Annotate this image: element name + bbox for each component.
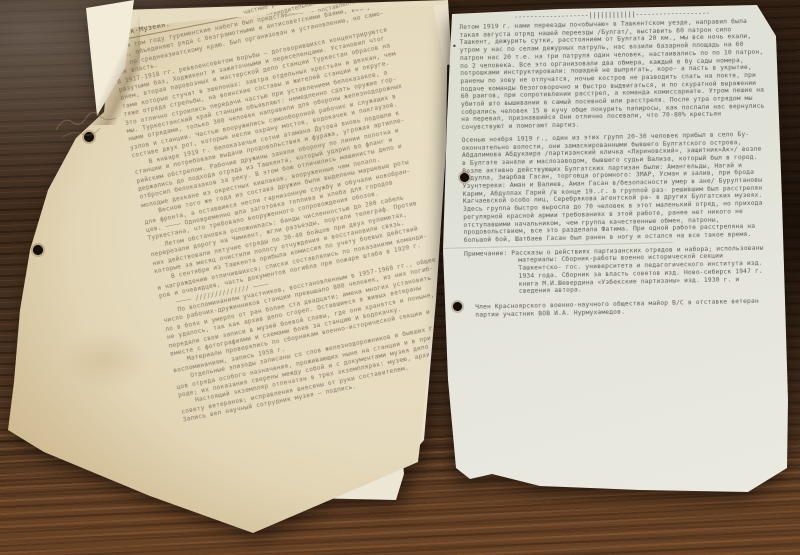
- margin-mark: •: [452, 42, 457, 51]
- right-page-paragraph-1: Летом 1919 г. нами переезды по«обычаю» в…: [459, 18, 767, 132]
- right-page-note: Примечание: Рассказы о действиях партиза…: [464, 244, 771, 297]
- right-page-text: -------------------||||||||||||---------…: [459, 8, 771, 320]
- right-page-paragraph-2: Осенью ноября 1919 г., один из этих груп…: [462, 130, 770, 244]
- right-document-stack: -------------------||||||||||||---------…: [0, 0, 800, 555]
- punch-hole: [453, 302, 462, 311]
- photo-of-documents: что многие сотни их стран и захватчикам …: [0, 0, 800, 555]
- right-top-page: -------------------||||||||||||---------…: [0, 0, 800, 555]
- punch-hole: [460, 173, 469, 182]
